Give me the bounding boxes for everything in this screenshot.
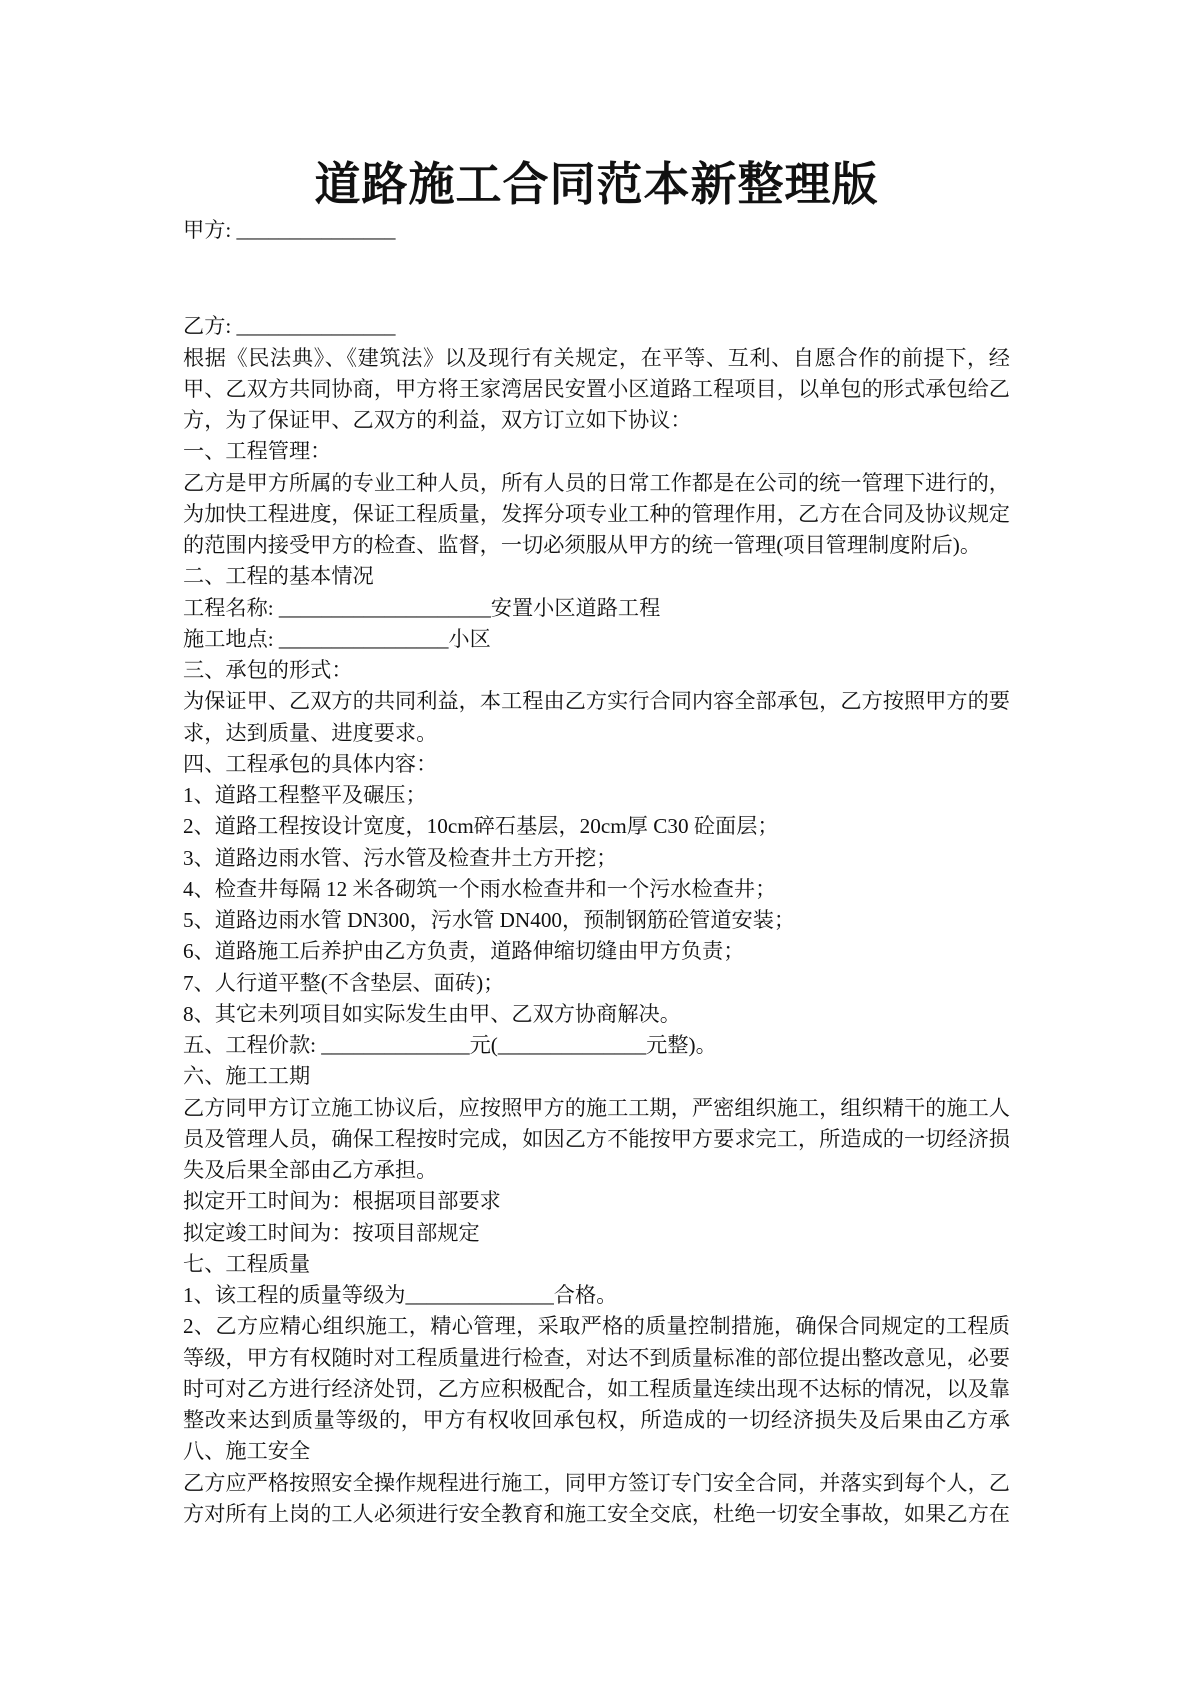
doc-line: 乙方应严格按照安全操作规程进行施工，同甲方签订专门安全合同，并落实到每个人，乙 xyxy=(183,1468,1010,1499)
document-lines: 甲方: _______________乙方: _______________根据… xyxy=(183,215,1010,1530)
doc-line: 六、施工工期 xyxy=(183,1061,1010,1092)
doc-line: 根据《民法典》、《建筑法》以及现行有关规定，在平等、互利、自愿合作的前提下，经 xyxy=(183,343,1010,374)
doc-line: 工程名称: ____________________安置小区道路工程 xyxy=(183,593,1010,624)
doc-line: 乙方同甲方订立施工协议后，应按照甲方的施工工期，严密组织施工，组织精干的施工人 xyxy=(183,1093,1010,1124)
doc-line: 乙方: _______________ xyxy=(183,311,1010,342)
doc-line: 2、乙方应精心组织施工，精心管理，采取严格的质量控制措施，确保合同规定的工程质量 xyxy=(183,1311,1010,1342)
doc-line: 员及管理人员，确保工程按时完成，如因乙方不能按甲方要求完工，所造成的一切经济损 xyxy=(183,1124,1010,1155)
doc-line: 二、工程的基本情况 xyxy=(183,561,1010,592)
doc-line: 5、道路边雨水管 DN300，污水管 DN400，预制钢筋砼管道安装； xyxy=(183,905,1010,936)
doc-line: 为保证甲、乙双方的共同利益，本工程由乙方实行合同内容全部承包，乙方按照甲方的要 xyxy=(183,686,1010,717)
doc-line: 8、其它未列项目如实际发生由甲、乙双方协商解决。 xyxy=(183,999,1010,1030)
doc-line: 整改来达到质量等级的，甲方有权收回承包权，所造成的一切经济损失及后果由乙方承担。 xyxy=(183,1405,1010,1436)
document-title: 道路施工合同范本新整理版 xyxy=(183,158,1010,212)
doc-line: 五、工程价款: ______________元(______________元整… xyxy=(183,1030,1010,1061)
doc-line: 施工地点: ________________小区 xyxy=(183,624,1010,655)
doc-line: 方，为了保证甲、乙双方的利益，双方订立如下协议： xyxy=(183,405,1010,436)
doc-line: 4、检查井每隔 12 米各砌筑一个雨水检查井和一个污水检查井； xyxy=(183,874,1010,905)
doc-line: 时可对乙方进行经济处罚，乙方应积极配合，如工程质量连续出现不达标的情况，以及靠 xyxy=(183,1374,1010,1405)
doc-line: 八、施工安全 xyxy=(183,1436,1010,1467)
doc-line: 7、人行道平整(不含垫层、面砖)； xyxy=(183,968,1010,999)
doc-line: 七、工程质量 xyxy=(183,1249,1010,1280)
doc-line: 的范围内接受甲方的检查、监督，一切必须服从甲方的统一管理(项目管理制度附后)。 xyxy=(183,530,1010,561)
document-body: 道路施工合同范本新整理版 甲方: _______________乙方: ____… xyxy=(183,158,1010,1530)
doc-line: 求，达到质量、进度要求。 xyxy=(183,718,1010,749)
doc-line: 四、工程承包的具体内容： xyxy=(183,749,1010,780)
blank-line xyxy=(183,246,1010,311)
doc-line: 三、承包的形式： xyxy=(183,655,1010,686)
doc-line: 6、道路施工后养护由乙方负责，道路伸缩切缝由甲方负责； xyxy=(183,936,1010,967)
doc-line: 2、道路工程按设计宽度，10cm碎石基层，20cm厚 C30 砼面层； xyxy=(183,811,1010,842)
doc-line: 乙方是甲方所属的专业工种人员，所有人员的日常工作都是在公司的统一管理下进行的， xyxy=(183,468,1010,499)
doc-line: 一、工程管理： xyxy=(183,436,1010,467)
doc-line: 1、道路工程整平及碾压； xyxy=(183,780,1010,811)
doc-line: 失及后果全部由乙方承担。 xyxy=(183,1155,1010,1186)
doc-line: 拟定竣工时间为：按项目部规定 xyxy=(183,1218,1010,1249)
doc-line: 拟定开工时间为：根据项目部要求 xyxy=(183,1186,1010,1217)
doc-line: 甲、乙双方共同协商，甲方将王家湾居民安置小区道路工程项目，以单包的形式承包给乙 xyxy=(183,374,1010,405)
doc-line: 甲方: _______________ xyxy=(183,215,1010,246)
contract-document-page: 道路施工合同范本新整理版 甲方: _______________乙方: ____… xyxy=(0,0,1190,1683)
doc-line: 1、该工程的质量等级为______________合格。 xyxy=(183,1280,1010,1311)
doc-line: 方对所有上岗的工人必须进行安全教育和施工安全交底，杜绝一切安全事故，如果乙方在 xyxy=(183,1499,1010,1530)
doc-line: 等级，甲方有权随时对工程质量进行检查，对达不到质量标准的部位提出整改意见，必要 xyxy=(183,1343,1010,1374)
doc-line: 3、道路边雨水管、污水管及检查井土方开挖； xyxy=(183,843,1010,874)
doc-line: 为加快工程进度，保证工程质量，发挥分项专业工种的管理作用，乙方在合同及协议规定 xyxy=(183,499,1010,530)
